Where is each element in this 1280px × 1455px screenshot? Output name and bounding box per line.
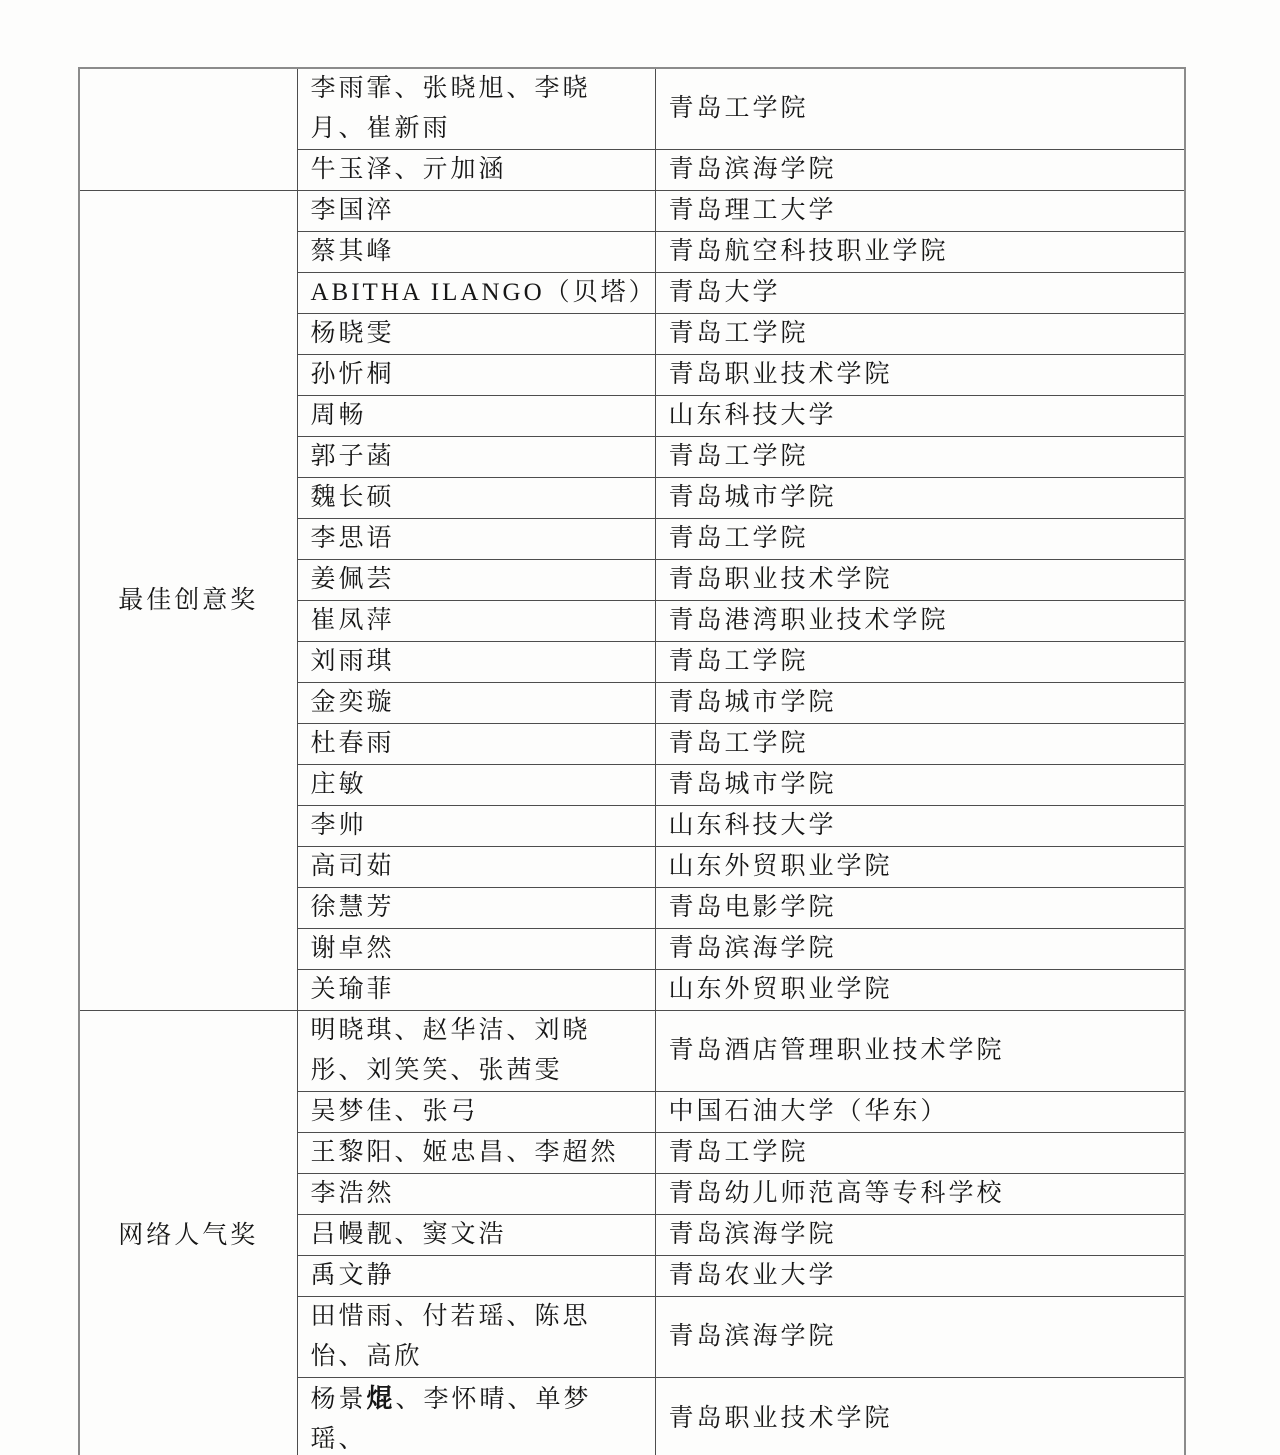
bold-character: 焜	[367, 1383, 396, 1413]
winner-names-cell: 牛玉泽、亓加涵	[297, 150, 655, 191]
winner-names-cell: 魏长硕	[297, 478, 655, 519]
school-cell: 青岛城市学院	[655, 765, 1185, 806]
winner-names-cell: 田惜雨、付若瑶、陈思怡、高欣	[297, 1297, 655, 1378]
winner-names-cell: 杜春雨	[297, 724, 655, 765]
winner-names-cell: ABITHA ILANGO（贝塔）	[297, 273, 655, 314]
winner-names-cell: 刘雨琪	[297, 642, 655, 683]
winner-names-cell: 杨晓雯	[297, 314, 655, 355]
school-cell: 青岛职业技术学院	[655, 560, 1185, 601]
winner-names-cell: 周畅	[297, 396, 655, 437]
school-cell: 青岛职业技术学院	[655, 355, 1185, 396]
winner-names-cell: 姜佩芸	[297, 560, 655, 601]
school-cell: 青岛工学院	[655, 437, 1185, 478]
school-cell: 青岛滨海学院	[655, 1215, 1185, 1256]
winner-names-cell: 谢卓然	[297, 929, 655, 970]
school-cell: 青岛农业大学	[655, 1256, 1185, 1297]
award-category-cell: 最佳创意奖	[79, 191, 297, 1011]
school-cell: 青岛工学院	[655, 642, 1185, 683]
award-category-cell	[79, 68, 297, 191]
winner-names-cell: 禹文静	[297, 1256, 655, 1297]
school-cell: 青岛工学院	[655, 68, 1185, 150]
school-cell: 青岛滨海学院	[655, 1297, 1185, 1378]
page-canvas: 李雨霏、张晓旭、李晓月、崔新雨青岛工学院牛玉泽、亓加涵青岛滨海学院最佳创意奖李国…	[0, 0, 1280, 1455]
school-cell: 青岛港湾职业技术学院	[655, 601, 1185, 642]
awards-table: 李雨霏、张晓旭、李晓月、崔新雨青岛工学院牛玉泽、亓加涵青岛滨海学院最佳创意奖李国…	[78, 67, 1186, 1455]
winner-names-cell: 明晓琪、赵华洁、刘晓彤、刘笑笑、张茜雯	[297, 1011, 655, 1092]
table-row: 网络人气奖明晓琪、赵华洁、刘晓彤、刘笑笑、张茜雯青岛酒店管理职业技术学院	[79, 1011, 1185, 1092]
winner-names-cell: 李雨霏、张晓旭、李晓月、崔新雨	[297, 68, 655, 150]
school-cell: 青岛航空科技职业学院	[655, 232, 1185, 273]
school-cell: 中国石油大学（华东）	[655, 1092, 1185, 1133]
winner-names-cell: 吕幔靓、窦文浩	[297, 1215, 655, 1256]
winner-names-cell: 高司茹	[297, 847, 655, 888]
winner-names-cell: 李国淬	[297, 191, 655, 232]
winner-names-cell: 杨景焜、李怀晴、单梦瑶、	[297, 1378, 655, 1455]
winner-names-cell: 孙忻桐	[297, 355, 655, 396]
school-cell: 山东外贸职业学院	[655, 970, 1185, 1011]
school-cell: 青岛城市学院	[655, 478, 1185, 519]
winner-names-cell: 李浩然	[297, 1174, 655, 1215]
winner-names-cell: 关瑜菲	[297, 970, 655, 1011]
school-cell: 青岛工学院	[655, 1133, 1185, 1174]
winner-names-cell: 李思语	[297, 519, 655, 560]
school-cell: 山东科技大学	[655, 806, 1185, 847]
winner-names-cell: 庄敏	[297, 765, 655, 806]
school-cell: 青岛工学院	[655, 314, 1185, 355]
school-cell: 青岛滨海学院	[655, 929, 1185, 970]
school-cell: 青岛城市学院	[655, 683, 1185, 724]
winner-names-cell: 李帅	[297, 806, 655, 847]
school-cell: 青岛幼儿师范高等专科学校	[655, 1174, 1185, 1215]
winner-names-cell: 徐慧芳	[297, 888, 655, 929]
winner-names-cell: 蔡其峰	[297, 232, 655, 273]
school-cell: 青岛工学院	[655, 519, 1185, 560]
school-cell: 青岛职业技术学院	[655, 1378, 1185, 1455]
school-cell: 青岛电影学院	[655, 888, 1185, 929]
school-cell: 青岛大学	[655, 273, 1185, 314]
winner-names-cell: 吴梦佳、张弓	[297, 1092, 655, 1133]
winner-names-cell: 王黎阳、姬忠昌、李超然	[297, 1133, 655, 1174]
winner-names-cell: 郭子菡	[297, 437, 655, 478]
school-cell: 山东外贸职业学院	[655, 847, 1185, 888]
table-row: 李雨霏、张晓旭、李晓月、崔新雨青岛工学院	[79, 68, 1185, 150]
school-cell: 青岛工学院	[655, 724, 1185, 765]
winner-names-cell: 崔凤萍	[297, 601, 655, 642]
table-row: 最佳创意奖李国淬青岛理工大学	[79, 191, 1185, 232]
school-cell: 山东科技大学	[655, 396, 1185, 437]
school-cell: 青岛酒店管理职业技术学院	[655, 1011, 1185, 1092]
school-cell: 青岛滨海学院	[655, 150, 1185, 191]
awards-table-body: 李雨霏、张晓旭、李晓月、崔新雨青岛工学院牛玉泽、亓加涵青岛滨海学院最佳创意奖李国…	[79, 68, 1185, 1455]
school-cell: 青岛理工大学	[655, 191, 1185, 232]
award-category-cell: 网络人气奖	[79, 1011, 297, 1455]
winner-names-cell: 金奕璇	[297, 683, 655, 724]
